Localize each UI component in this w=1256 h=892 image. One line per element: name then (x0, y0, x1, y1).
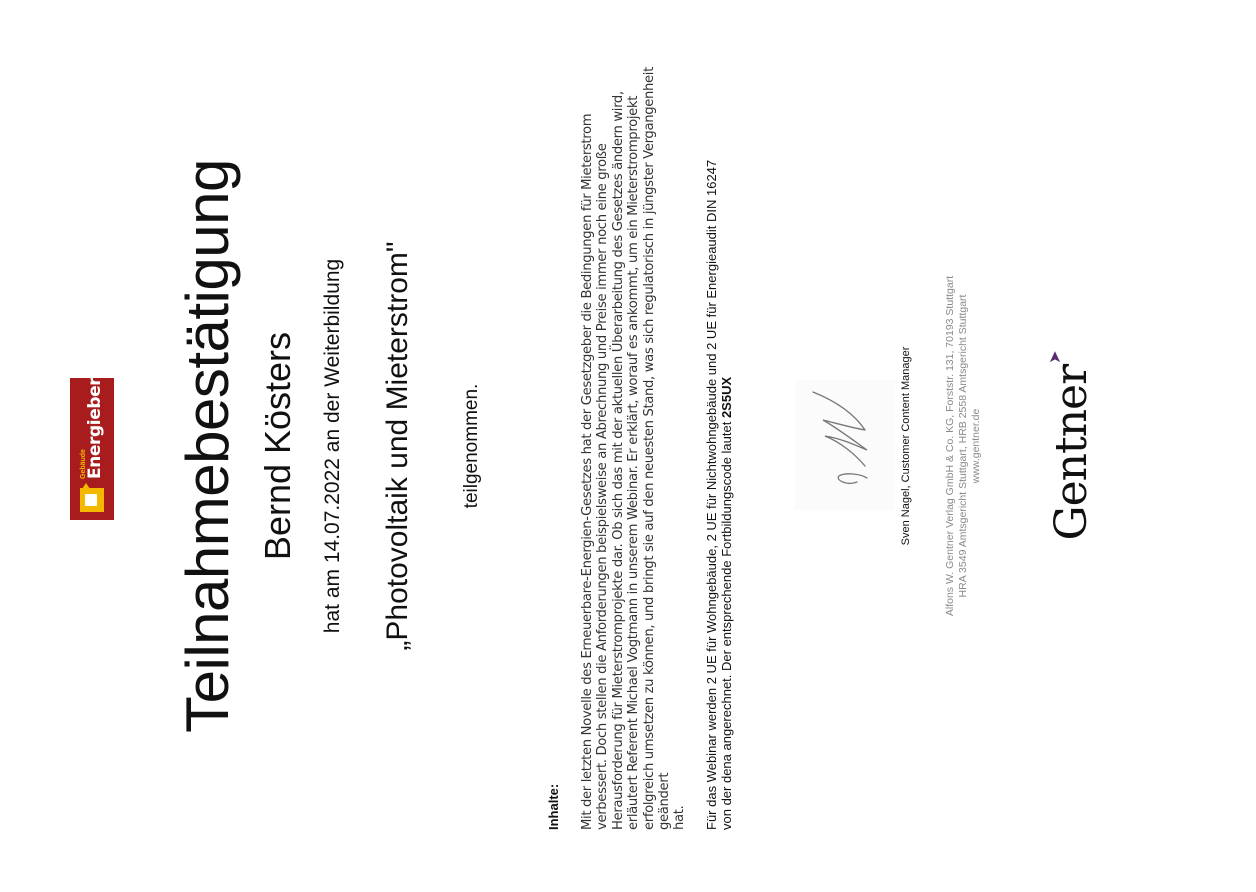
contents-line: erläutert Referent Michael Vogtmann in u… (626, 37, 641, 830)
logo-big-text: Energieberater (87, 340, 104, 479)
contents-paragraph: Mit der letzten Novelle des Erneuerbare-… (580, 37, 688, 830)
gentner-logo: Gentner➤ (1030, 0, 1097, 892)
speech-bubble-icon (80, 488, 104, 512)
signer-name: Sven Nagel, Customer Content Manager (899, 0, 913, 892)
arrow-icon: ➤ (1045, 351, 1064, 363)
training-code: 2S5UX (719, 377, 734, 418)
footer-website: www.gentner.de (970, 0, 983, 892)
footer-line: Alfons W. Gentner Verlag GmbH & Co. KG, … (944, 0, 957, 892)
contents-line: geändert (657, 37, 672, 830)
energieberater-logo: Gebäude Energieberater (70, 378, 114, 520)
footer-line: HRA 3549 Amtsgericht Stuttgart, HRB 2558… (957, 0, 970, 892)
contents-line: erfolgreich umsetzen zu können, und brin… (642, 37, 657, 830)
signature-image (795, 380, 895, 510)
brand-name: Gentner (1046, 365, 1097, 541)
contents-line: hat. (672, 37, 687, 830)
participation-intro: hat am 14.07.2022 an der Weiterbildung (320, 0, 346, 892)
credits-note: Für das Webinar werden 2 UE für Wohngebä… (704, 30, 734, 830)
certificate-page: Gebäude Energieberater Teilnahmebestätig… (0, 0, 1256, 892)
signature-icon (795, 380, 895, 510)
participation-suffix: teilgenommen. (460, 0, 484, 892)
credits-line: Für das Webinar werden 2 UE für Wohngebä… (704, 30, 719, 830)
contents-line: Herausforderung für Mieterstromprojekte … (611, 37, 626, 830)
credits-line: von der dena angerechnet. Der entspreche… (719, 30, 734, 830)
contents-line: verbessert. Doch stellen die Anforderung… (595, 37, 610, 830)
publisher-footer: Alfons W. Gentner Verlag GmbH & Co. KG, … (944, 0, 983, 892)
contents-label: Inhalte: (546, 784, 561, 830)
contents-line: Mit der letzten Novelle des Erneuerbare-… (580, 37, 595, 830)
course-title: „Photovoltaik und Mieterstrom" (380, 0, 416, 892)
participant-name: Bernd Kösters (258, 0, 298, 892)
certificate-title: Teilnahmebestätigung (178, 0, 238, 892)
